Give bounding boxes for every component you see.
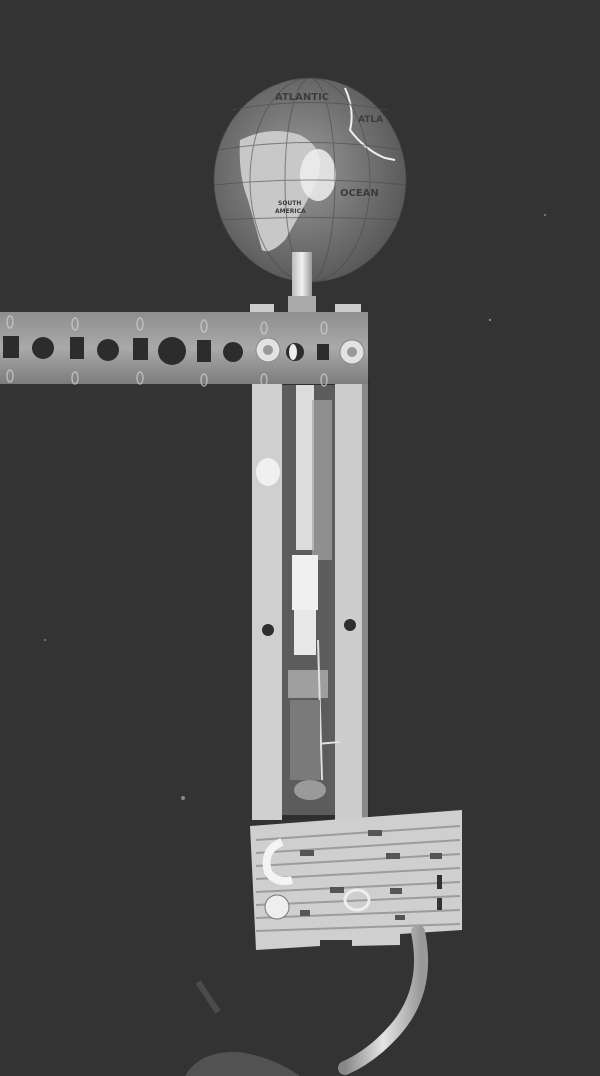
globe-label-ocean: OCEAN: [340, 188, 379, 199]
motor-body: [290, 700, 320, 780]
frame-right-rail: [335, 380, 365, 820]
frame-hole: [344, 619, 356, 631]
frame-hole: [262, 624, 274, 636]
globe-label-atlantic: ATLANTIC: [275, 92, 329, 103]
foreground-blur: [185, 1052, 300, 1076]
horizontal-strip: [0, 312, 368, 386]
capacitor: [265, 895, 289, 919]
globe: ATLANTIC OCEAN SOUTH AMERICA ATLA: [214, 78, 406, 282]
tube: [294, 610, 316, 655]
globe-label-america: AMERICA: [275, 208, 306, 215]
bracket: [288, 670, 328, 698]
bearing: [294, 780, 326, 800]
circuit-board: [250, 810, 462, 950]
vertical-shaft: [296, 385, 314, 550]
globe-label-atla: ATLA: [358, 115, 383, 125]
cable: [345, 932, 421, 1068]
coupling: [292, 555, 318, 610]
globe-label-south: SOUTH: [278, 200, 301, 207]
globe-highlight: [300, 149, 336, 201]
globe-shaft: [292, 252, 312, 302]
frame-left-rail: [252, 380, 282, 820]
frame-hole-light: [256, 458, 280, 486]
photo-scene: ATLANTIC OCEAN SOUTH AMERICA ATLA: [0, 0, 600, 1076]
vertical-frame: [252, 380, 370, 820]
shaft-collar: [288, 296, 316, 314]
